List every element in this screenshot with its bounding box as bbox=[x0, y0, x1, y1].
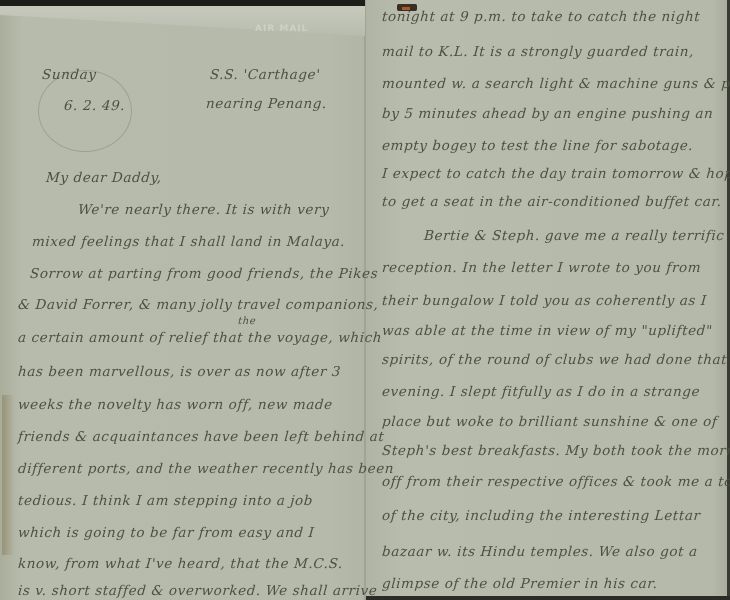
left-line-6: has been marvellous, is over as now afte… bbox=[17, 364, 341, 380]
right-line-6: I expect to catch the day train tomorrow… bbox=[381, 166, 730, 182]
letter-date: 6. 2. 49. bbox=[63, 98, 125, 114]
left-line-3: Sorrow at parting from good friends, the… bbox=[29, 266, 378, 282]
left-line-2: mixed feelings that I shall land in Mala… bbox=[31, 234, 345, 250]
right-line-16: off from their respective offices & took… bbox=[381, 474, 730, 490]
salutation: My dear Daddy, bbox=[45, 170, 162, 186]
left-insertion: the bbox=[238, 316, 257, 327]
right-line-9: reception. In the letter I wrote to you … bbox=[381, 260, 701, 276]
left-line-8: friends & acquaintances have been left b… bbox=[17, 429, 385, 445]
airmail-stamp-text: AIR MAIL bbox=[255, 24, 308, 34]
right-line-10: their bungalow I told you as coherently … bbox=[381, 293, 707, 309]
bottom-edge-shadow bbox=[366, 596, 730, 600]
right-line-17: of the city, including the interesting L… bbox=[381, 508, 701, 524]
right-line-2: mail to K.L. It is a strongly guarded tr… bbox=[381, 44, 694, 60]
right-line-18: bazaar w. its Hindu temples. We also got… bbox=[381, 544, 698, 560]
right-line-11: was able at the time in view of my "upli… bbox=[381, 323, 713, 339]
right-line-4: by 5 minutes ahead by an engine pushing … bbox=[381, 106, 713, 122]
left-line-1: We're nearly there. It is with very bbox=[77, 202, 329, 218]
left-line-9: different ports, and the weather recentl… bbox=[17, 461, 394, 477]
left-line-10: tedious. I think I am stepping into a jo… bbox=[17, 493, 313, 509]
right-line-7: to get a seat in the air-conditioned buf… bbox=[381, 194, 722, 210]
right-line-15: Steph's best breakfasts. My both took th… bbox=[381, 443, 730, 459]
right-line-19: glimpse of the old Premier in his car. bbox=[381, 576, 658, 592]
letter-sheet: AIR MAIL Sunday 6. 2. 49. S.S. 'Carthage… bbox=[0, 0, 730, 600]
right-line-14: place but woke to brilliant sunshine & o… bbox=[381, 414, 718, 430]
top-edge-shadow bbox=[0, 0, 365, 6]
ship-location: nearing Penang. bbox=[205, 96, 327, 112]
left-line-13: is v. short staffed & overworked. We sha… bbox=[17, 583, 377, 599]
left-line-12: know, from what I've heard, that the M.C… bbox=[17, 556, 343, 572]
right-line-8: Bertie & Steph. gave me a really terrifi… bbox=[423, 228, 725, 244]
right-line-5: empty bogey to test the line for sabotag… bbox=[381, 138, 693, 154]
letter-day: Sunday bbox=[41, 67, 97, 83]
right-line-12: spirits, of the round of clubs we had do… bbox=[381, 352, 727, 368]
ship-name: S.S. 'Carthage' bbox=[209, 67, 321, 83]
left-line-7: weeks the novelty has worn off, new made bbox=[17, 397, 333, 413]
paper-stain bbox=[2, 395, 14, 555]
right-line-3: mounted w. a search light & machine guns… bbox=[381, 76, 730, 92]
left-line-5: a certain amount of relief that the voya… bbox=[17, 330, 382, 346]
right-line-13: evening. I slept fitfully as I do in a s… bbox=[381, 384, 700, 400]
left-line-4: & David Forrer, & many jolly travel comp… bbox=[17, 297, 379, 313]
left-line-11: which is going to be far from easy and I bbox=[17, 525, 315, 541]
right-line-1: tonight at 9 p.m. to take to catch the n… bbox=[381, 9, 700, 25]
